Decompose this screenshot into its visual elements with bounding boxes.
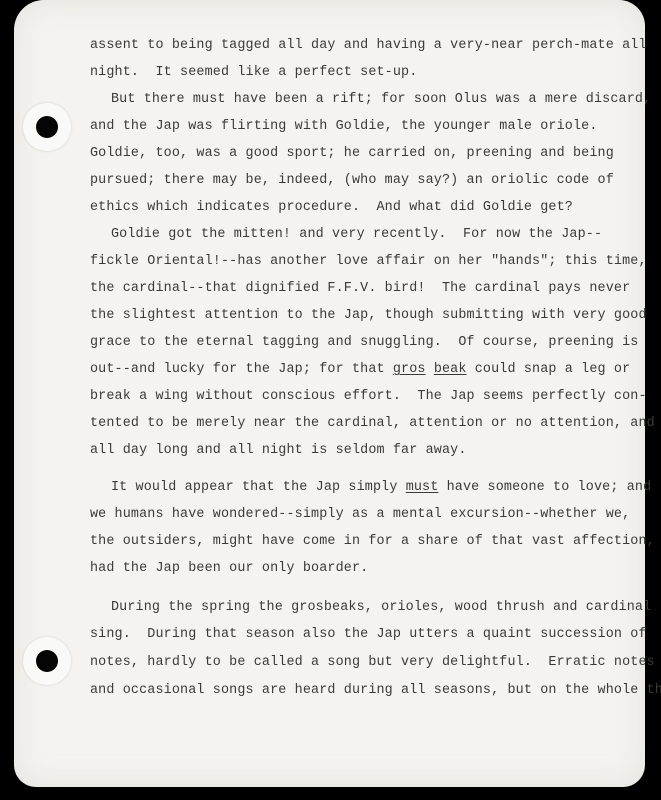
text-line: During the spring the grosbeaks, orioles…	[111, 600, 651, 615]
text-line: and the Jap was flirting with Goldie, th…	[90, 119, 598, 134]
text-line: pursued; there may be, indeed, (who may …	[90, 173, 614, 188]
underlined-word: beak	[434, 362, 467, 377]
text-line: grace to the eternal tagging and snuggli…	[90, 335, 638, 350]
hole-punch-icon	[36, 116, 58, 138]
text-line: the cardinal--that dignified F.F.V. bird…	[90, 281, 630, 296]
binder-hole-lower	[23, 637, 71, 685]
text-segment: have someone to love; and	[438, 480, 651, 495]
text-line: Goldie got the mitten! and very recently…	[111, 227, 602, 242]
text-line: the outsiders, might have come in for a …	[90, 534, 655, 549]
underlined-word: must	[406, 480, 439, 495]
text-line: night. It seemed like a perfect set-up.	[90, 65, 417, 80]
hole-punch-icon	[36, 650, 58, 672]
text-line: tented to be merely near the cardinal, a…	[90, 416, 655, 431]
text-line: and occasional songs are heard during al…	[90, 683, 661, 698]
text-line: all day long and all night is seldom far…	[90, 443, 467, 458]
text-line: the slightest attention to the Jap, thou…	[90, 308, 647, 323]
binder-hole-upper	[23, 103, 71, 151]
text-line: Goldie, too, was a good sport; he carrie…	[90, 146, 614, 161]
text-segment: It would appear that the Jap simply	[111, 480, 406, 495]
text-line: sing. During that season also the Jap ut…	[90, 627, 647, 642]
text-line: assent to being tagged all day and havin…	[90, 38, 647, 53]
text-line: notes, hardly to be called a song but ve…	[90, 655, 655, 670]
text-segment: out--and lucky for the Jap; for that	[90, 362, 393, 377]
underlined-word: gros	[393, 362, 426, 377]
text-segment: could snap a leg or	[467, 362, 631, 377]
text-line: ethics which indicates procedure. And wh…	[90, 200, 573, 215]
text-line: break a wing without conscious effort. T…	[90, 389, 647, 404]
text-line: It would appear that the Jap simply must…	[111, 480, 651, 495]
text-line: we humans have wondered--simply as a men…	[90, 507, 630, 522]
text-line: had the Jap been our only boarder.	[90, 561, 368, 576]
text-line: But there must have been a rift; for soo…	[111, 92, 651, 107]
text-segment	[426, 362, 434, 377]
text-line: out--and lucky for the Jap; for that gro…	[90, 362, 630, 377]
text-line: fickle Oriental!--has another love affai…	[90, 254, 647, 269]
